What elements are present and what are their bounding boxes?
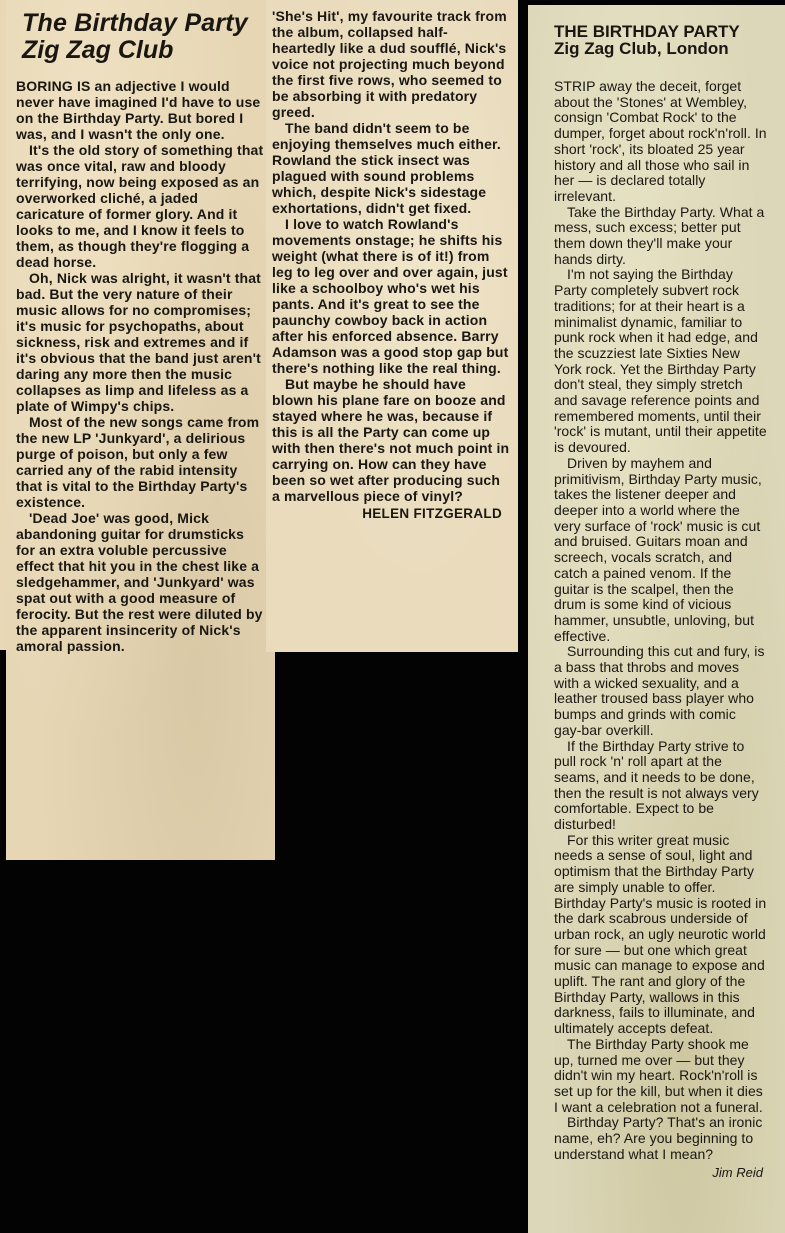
review-clipping-helen-fitzgerald: The Birthday Party Zig Zag Club BORING I… bbox=[6, 0, 275, 860]
paragraph: 'Dead Joe' was good, Mick abandoning gui… bbox=[16, 510, 265, 654]
review-body: STRIP away the deceit, forget about the … bbox=[554, 79, 767, 1163]
review-byline: Jim Reid bbox=[554, 1165, 763, 1180]
review-body-col1: BORING IS an adjective I would never hav… bbox=[16, 78, 265, 654]
paragraph: Surrounding this cut and fury, is a bass… bbox=[554, 644, 767, 738]
paragraph: Take the Birthday Party. What a mess, su… bbox=[554, 205, 767, 268]
review-body-col2: 'She's Hit', my favourite track from the… bbox=[272, 8, 510, 504]
paragraph: I love to watch Rowland's movements onst… bbox=[272, 216, 510, 376]
review-headline: The Birthday Party bbox=[22, 10, 265, 37]
paragraph: 'She's Hit', my favourite track from the… bbox=[272, 8, 510, 120]
review-clipping-continuation: 'She's Hit', my favourite track from the… bbox=[266, 0, 518, 652]
paragraph: Birthday Party? That's an ironic name, e… bbox=[554, 1115, 767, 1162]
paragraph: STRIP away the deceit, forget about the … bbox=[554, 79, 767, 205]
paragraph: Driven by mayhem and primitivism, Birthd… bbox=[554, 456, 767, 644]
paragraph: The Birthday Party shook me up, turned m… bbox=[554, 1037, 767, 1116]
paragraph: BORING IS an adjective I would never hav… bbox=[16, 78, 265, 142]
review-headline: THE BIRTHDAY PARTY bbox=[554, 23, 767, 40]
paragraph: Most of the new songs came from the new … bbox=[16, 414, 265, 510]
paragraph: For this writer great music needs a sens… bbox=[554, 833, 767, 1037]
paragraph: I'm not saying the Birthday Party comple… bbox=[554, 267, 767, 455]
paragraph: Oh, Nick was alright, it wasn't that bad… bbox=[16, 270, 265, 414]
paragraph: The band didn't seem to be enjoying them… bbox=[272, 120, 510, 216]
review-byline: HELEN FITZGERALD bbox=[272, 506, 502, 521]
paragraph: It's the old story of something that was… bbox=[16, 142, 265, 270]
paragraph: But maybe he should have blown his plane… bbox=[272, 376, 510, 504]
review-venue: Zig Zag Club, London bbox=[554, 40, 767, 58]
review-venue: Zig Zag Club bbox=[22, 37, 265, 64]
review-clipping-jim-reid: THE BIRTHDAY PARTY Zig Zag Club, London … bbox=[528, 5, 785, 1233]
paragraph: If the Birthday Party strive to pull roc… bbox=[554, 739, 767, 833]
